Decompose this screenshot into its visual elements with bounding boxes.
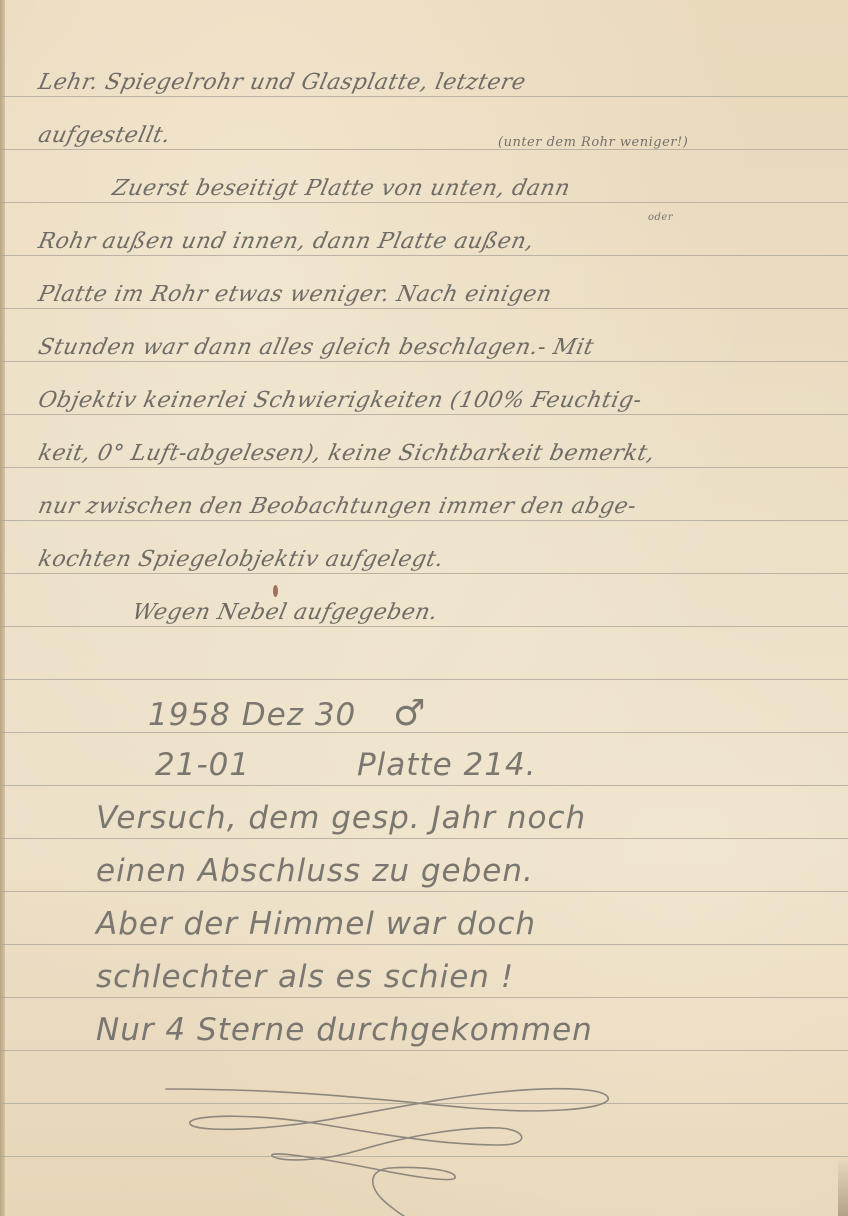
ruling-line (0, 308, 848, 309)
handwritten-line: Nur 4 Sterne durchgekommen (96, 1012, 593, 1048)
entry-date: 1958 Dez 30 ♂ (148, 693, 426, 734)
plate-line: 21-01 Platte 214. (155, 747, 537, 783)
ruling-line (0, 149, 848, 150)
ruling-line (0, 838, 848, 839)
handwritten-line: Wegen Nebel aufgegeben. (130, 600, 440, 625)
handwritten-line: Stunden war dann alles gleich beschlagen… (36, 335, 596, 360)
ruling-line (0, 202, 848, 203)
handwritten-line: kochten Spiegelobjektiv aufgelegt. (36, 547, 446, 572)
handwritten-line: Objektiv keinerlei Schwierigkeiten (100%… (36, 388, 644, 413)
ruling-line (0, 1103, 848, 1104)
ruling-line (0, 997, 848, 998)
ruling-line (0, 520, 848, 521)
handwritten-line: aufgestellt. (36, 123, 173, 148)
ruling-line (0, 573, 848, 574)
handwritten-line: schlechter als es schien ! (96, 959, 514, 995)
handwritten-line: Aber der Himmel war doch (96, 906, 536, 942)
observation-time: 21-01 (155, 747, 250, 783)
handwritten-line: keit, 0° Luft-abgelesen), keine Sichtbar… (36, 441, 657, 466)
handwritten-line: Lehr. Spiegelrohr und Glasplatte, letzte… (36, 70, 528, 95)
ruling-line (0, 96, 848, 97)
plate-number: Platte 214. (357, 747, 537, 783)
ruling-line (0, 255, 848, 256)
ruling-line (0, 361, 848, 362)
page-binding-edge (0, 0, 5, 1216)
ruling-line (0, 1050, 848, 1051)
marginal-note: (unter dem Rohr weniger!) (498, 135, 688, 150)
ruling-line (0, 891, 848, 892)
notebook-page: Lehr. Spiegelrohr und Glasplatte, letzte… (0, 0, 848, 1216)
ink-stain (273, 585, 278, 597)
mars-symbol-icon: ♂ (393, 693, 426, 734)
date-text: 1958 Dez 30 (148, 697, 356, 733)
handwritten-line: Zuerst beseitigt Platte von unten, dann (110, 176, 573, 201)
interlinear-note: oder (648, 212, 673, 223)
handwritten-line: Rohr außen und innen, dann Platte außen, (36, 229, 536, 254)
ruling-line (0, 679, 848, 680)
ruling-line (0, 414, 848, 415)
handwritten-line: einen Abschluss zu geben. (96, 853, 534, 889)
handwritten-line: nur zwischen den Beobachtungen immer den… (36, 494, 639, 519)
handwritten-line: Platte im Rohr etwas weniger. Nach einig… (36, 282, 554, 307)
ruling-line (0, 626, 848, 627)
ruling-line (0, 467, 848, 468)
page-corner-shadow (838, 1156, 848, 1216)
ruling-line (0, 1156, 848, 1157)
ruling-line (0, 785, 848, 786)
ruling-line (0, 944, 848, 945)
handwritten-line: Versuch, dem gesp. Jahr noch (96, 800, 586, 836)
